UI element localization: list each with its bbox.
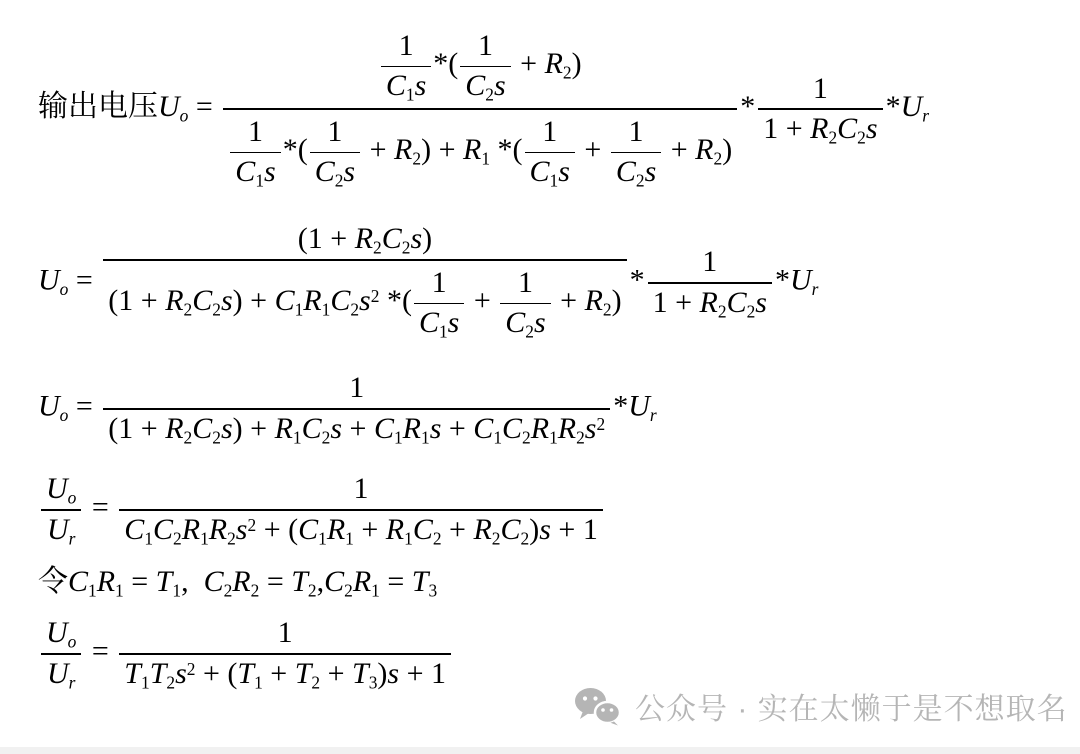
equation-simplified-step-2: Uo = 1(1 + R2C2s) + R1C2s + C1R1s + C1C2…: [38, 369, 1080, 448]
equation-output-voltage: 输出电压Uo = 1C1s*(1C2s + R2)1C1s*(1C2s + R2…: [38, 24, 1080, 194]
wechat-watermark: 公众号 · 实在太懒于是不想取名: [574, 684, 1068, 728]
watermark-text: 公众号 · 实在太懒于是不想取名: [635, 684, 1068, 728]
equation-transfer-function: UoUr = 1C1C2R1R2s2 + (C1R1 + R1C2 + R2C2…: [38, 470, 1080, 549]
bottom-bar: [0, 747, 1080, 754]
document-page: 输出电压Uo = 1C1s*(1C2s + R2)1C1s*(1C2s + R2…: [0, 0, 1080, 754]
derivation-content: 输出电压Uo = 1C1s*(1C2s + R2)1C1s*(1C2s + R2…: [0, 0, 1080, 693]
wechat-icon: [574, 687, 621, 726]
equation-time-constants: 令C1R1 = T1, C2R2 = T2,C2R1 = T3: [38, 564, 1080, 601]
equation-simplified-step-1: Uo = (1 + R2C2s)(1 + R2C2s) + C1R1C2s2 *…: [38, 220, 1080, 345]
equation-final-transfer-function: UoUr = 1T1T2s2 + (T1 + T2 + T3)s + 1: [38, 614, 1080, 693]
